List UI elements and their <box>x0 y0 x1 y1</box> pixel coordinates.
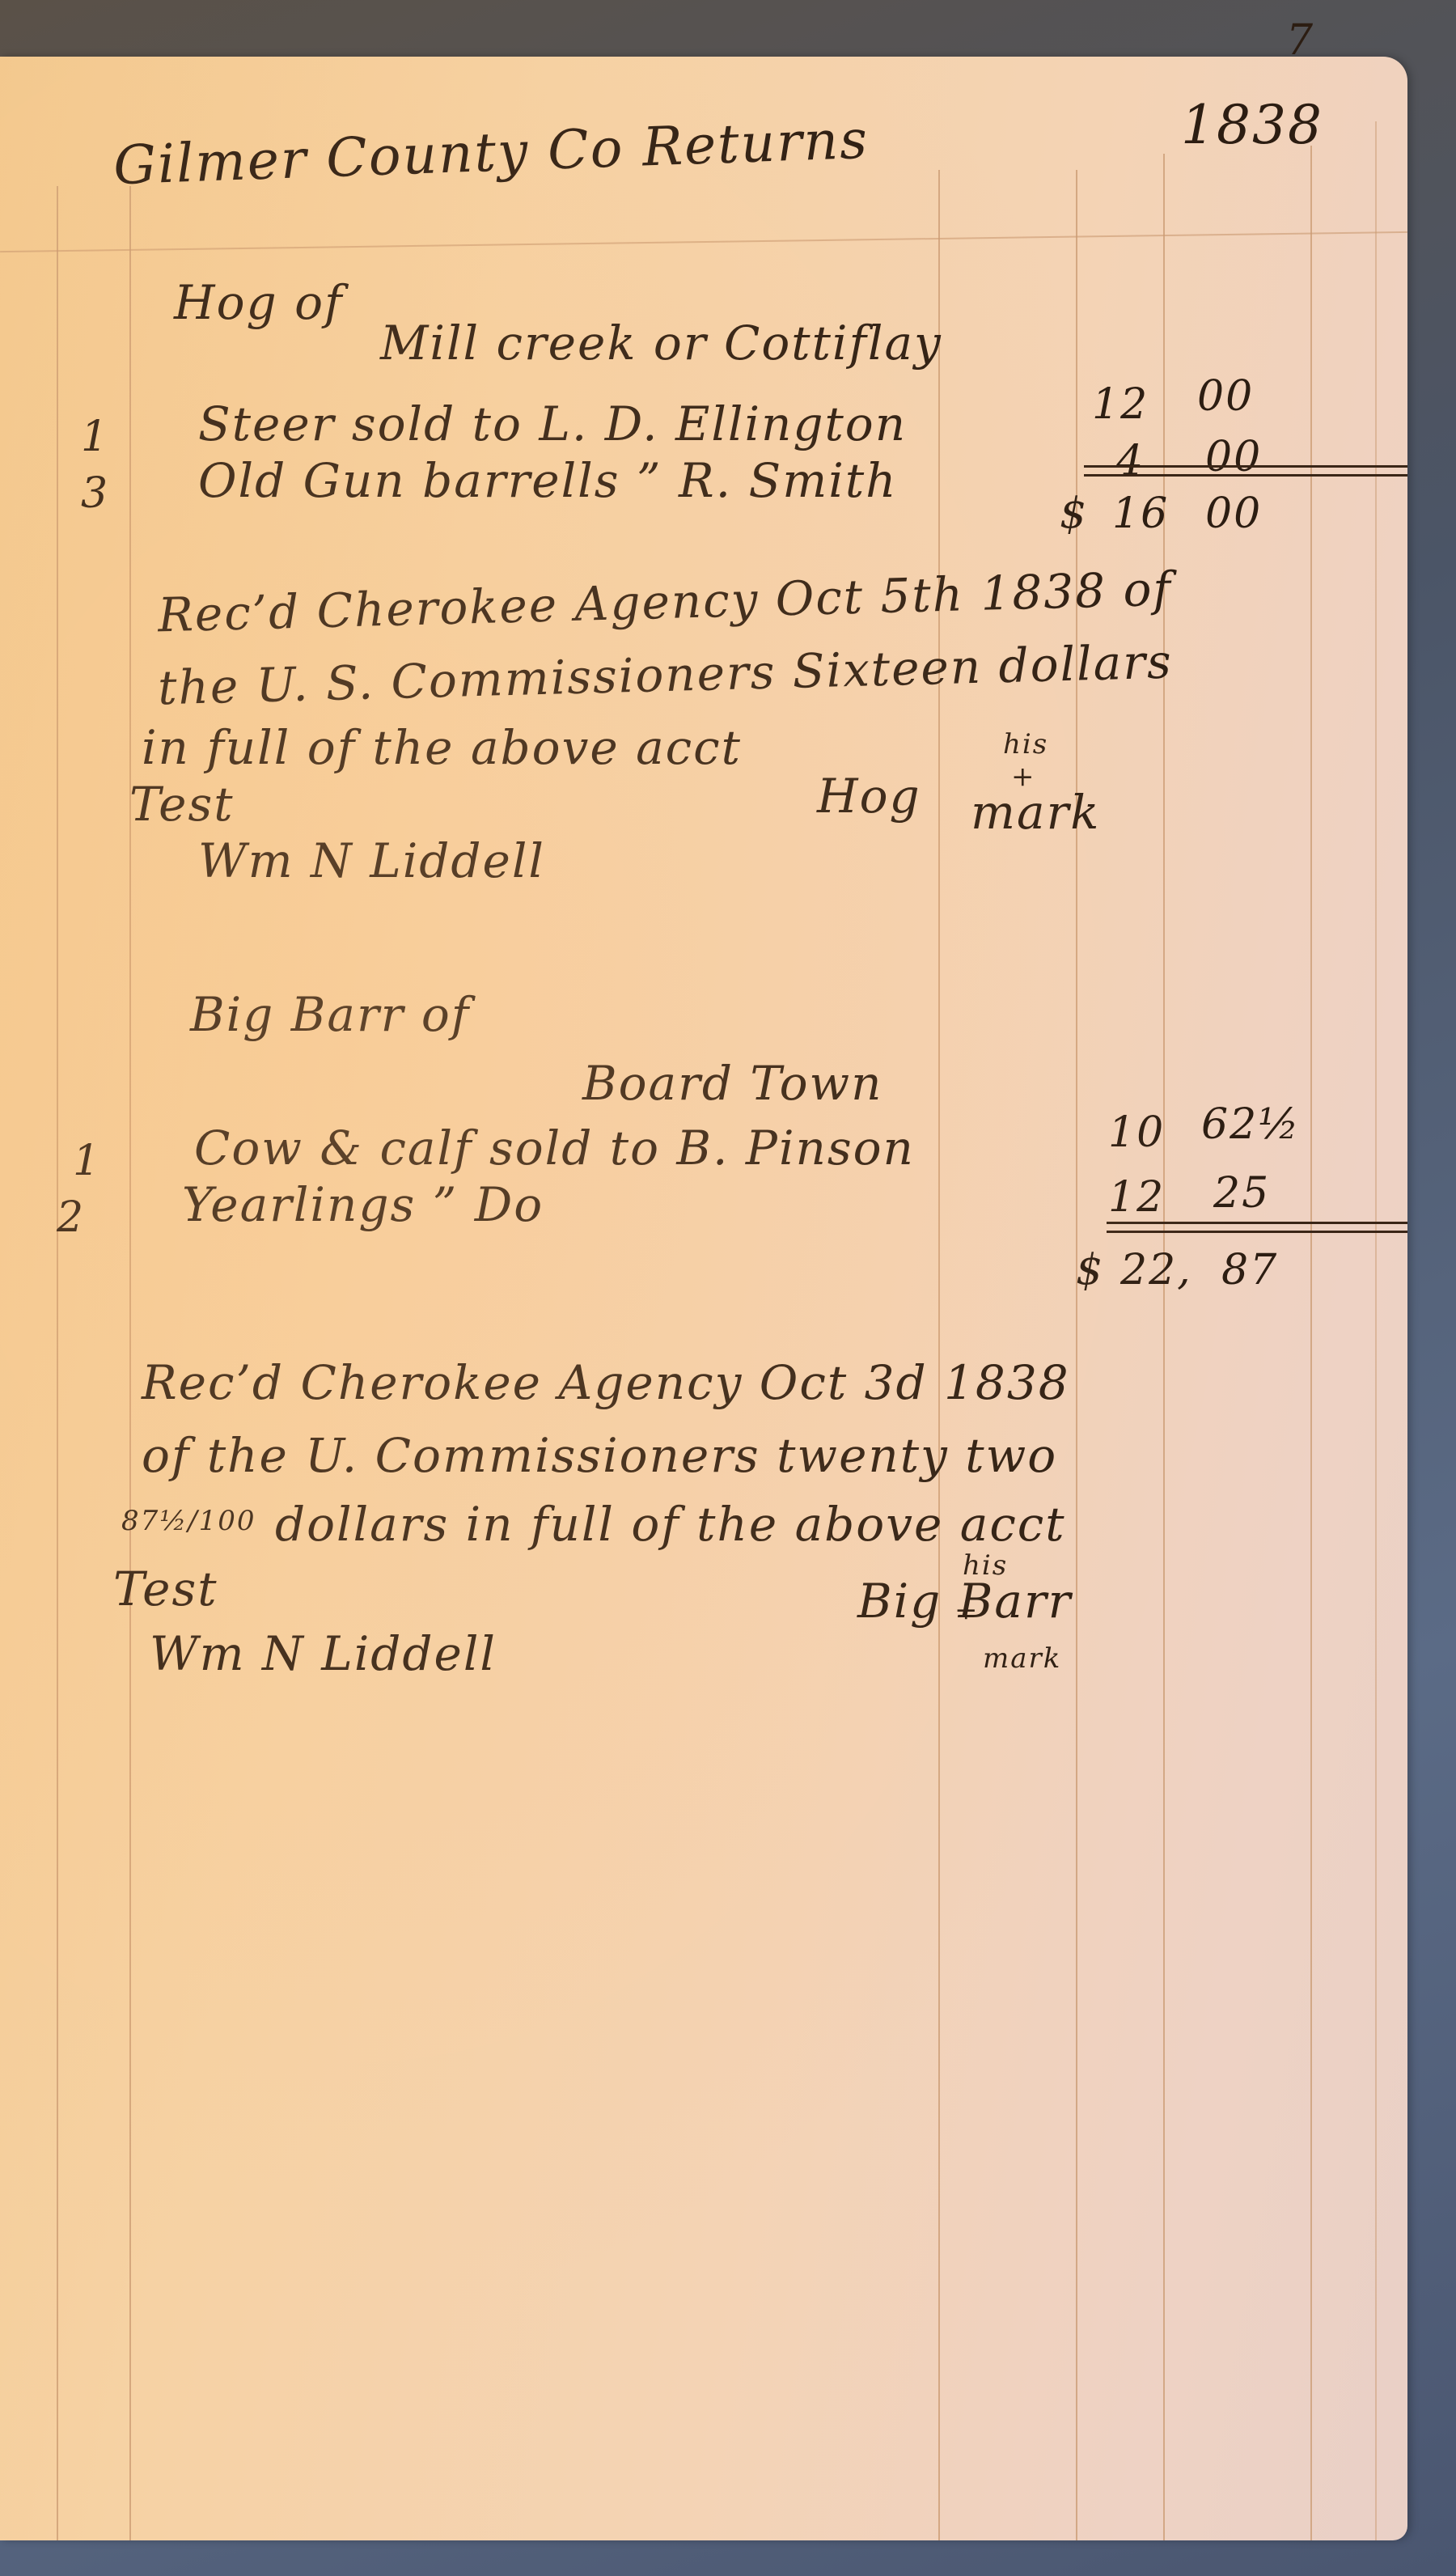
entry-1-item-2-desc: Old Gun barrells ” R. Smith <box>198 453 898 508</box>
entry-2-receipt-line-3: dollars in full of the above acct <box>275 1497 1066 1552</box>
entry-1-witness: Wm N Liddell <box>198 833 545 888</box>
entry-2-item-1-cents: 62½ <box>1201 1100 1301 1149</box>
entry-2-item-1-desc: Cow & calf sold to B. Pinson <box>194 1121 915 1176</box>
entry-1-item-1-cents: 00 <box>1197 372 1254 421</box>
entry-1-total-rule <box>1084 465 1407 477</box>
entry-1-test-label: Test <box>129 777 235 832</box>
entry-2-total-symbol: $ <box>1076 1246 1104 1294</box>
entry-1-item-2-qty: 3 <box>81 469 109 518</box>
ledger-page: 7 Gilmer County Co Returns 1838 Hog of M… <box>0 57 1407 2540</box>
entry-1-receipt-line-3: in full of the above acct <box>142 720 742 775</box>
entry-1-total-symbol: $ <box>1060 489 1088 538</box>
entry-2-total-rule <box>1107 1222 1407 1233</box>
entry-2-mark-x: + <box>954 1594 980 1626</box>
entry-1-name: Hog of <box>174 275 343 330</box>
page-year: 1838 <box>1181 94 1323 156</box>
entry-2-test-label: Test <box>113 1561 218 1616</box>
entry-1-total-cents: 00 <box>1205 489 1262 538</box>
entry-2-total-dollars: 22, <box>1120 1246 1192 1294</box>
entry-1-receipt-line-1: Rec’d Cherokee Agency Oct 5th 1838 of <box>157 561 1172 643</box>
entry-1-receipt-line-2: the U. S. Commissioners Sixteen dollars <box>157 634 1173 716</box>
page-title: Gilmer County Co Returns <box>112 108 870 197</box>
margin-line-1 <box>57 186 58 2540</box>
entry-2-receipt-line-2: of the U. Commissioners twenty two <box>142 1428 1057 1483</box>
entry-2-name: Big Barr of <box>190 987 470 1042</box>
entry-1-signer: Hog <box>817 769 921 824</box>
entry-2-total-cents: 87 <box>1221 1246 1278 1294</box>
margin-line-2 <box>129 186 131 2540</box>
column-line-cents-right <box>1310 146 1312 2540</box>
entry-2-item-2-dollars: 12 <box>1108 1173 1165 1222</box>
entry-2-fraction: 87½/100 <box>121 1505 256 1537</box>
entry-1-item-1-desc: Steer sold to L. D. Ellington <box>198 396 907 451</box>
entry-1-item-1-qty: 1 <box>81 413 109 461</box>
entry-2-item-2-qty: 2 <box>57 1193 85 1242</box>
entry-1-mark-his: his <box>1003 728 1048 761</box>
entry-1-total-dollars: 16 <box>1112 489 1169 538</box>
header-rule <box>0 231 1407 252</box>
entry-1-mark-label: mark <box>971 785 1100 840</box>
entry-1-item-2-dollars: 4 <box>1116 437 1145 485</box>
entry-1-item-1-dollars: 12 <box>1092 380 1149 429</box>
entry-2-item-1-qty: 1 <box>73 1137 101 1185</box>
entry-2-witness: Wm N Liddell <box>150 1626 497 1681</box>
entry-2-place: Board Town <box>582 1056 883 1111</box>
entry-2-item-2-cents: 25 <box>1213 1169 1270 1218</box>
entry-2-item-2-desc: Yearlings ” Do <box>182 1177 544 1232</box>
entry-2-receipt-line-1: Rec’d Cherokee Agency Oct 3d 1838 <box>142 1355 1070 1410</box>
entry-1-place: Mill creek or Cottiflay <box>380 316 942 371</box>
entry-2-mark-label: mark <box>983 1642 1061 1675</box>
entry-2-item-1-dollars: 10 <box>1108 1108 1165 1157</box>
page-number: 7 <box>1286 16 1314 65</box>
page-edge-line <box>1375 121 1377 2540</box>
